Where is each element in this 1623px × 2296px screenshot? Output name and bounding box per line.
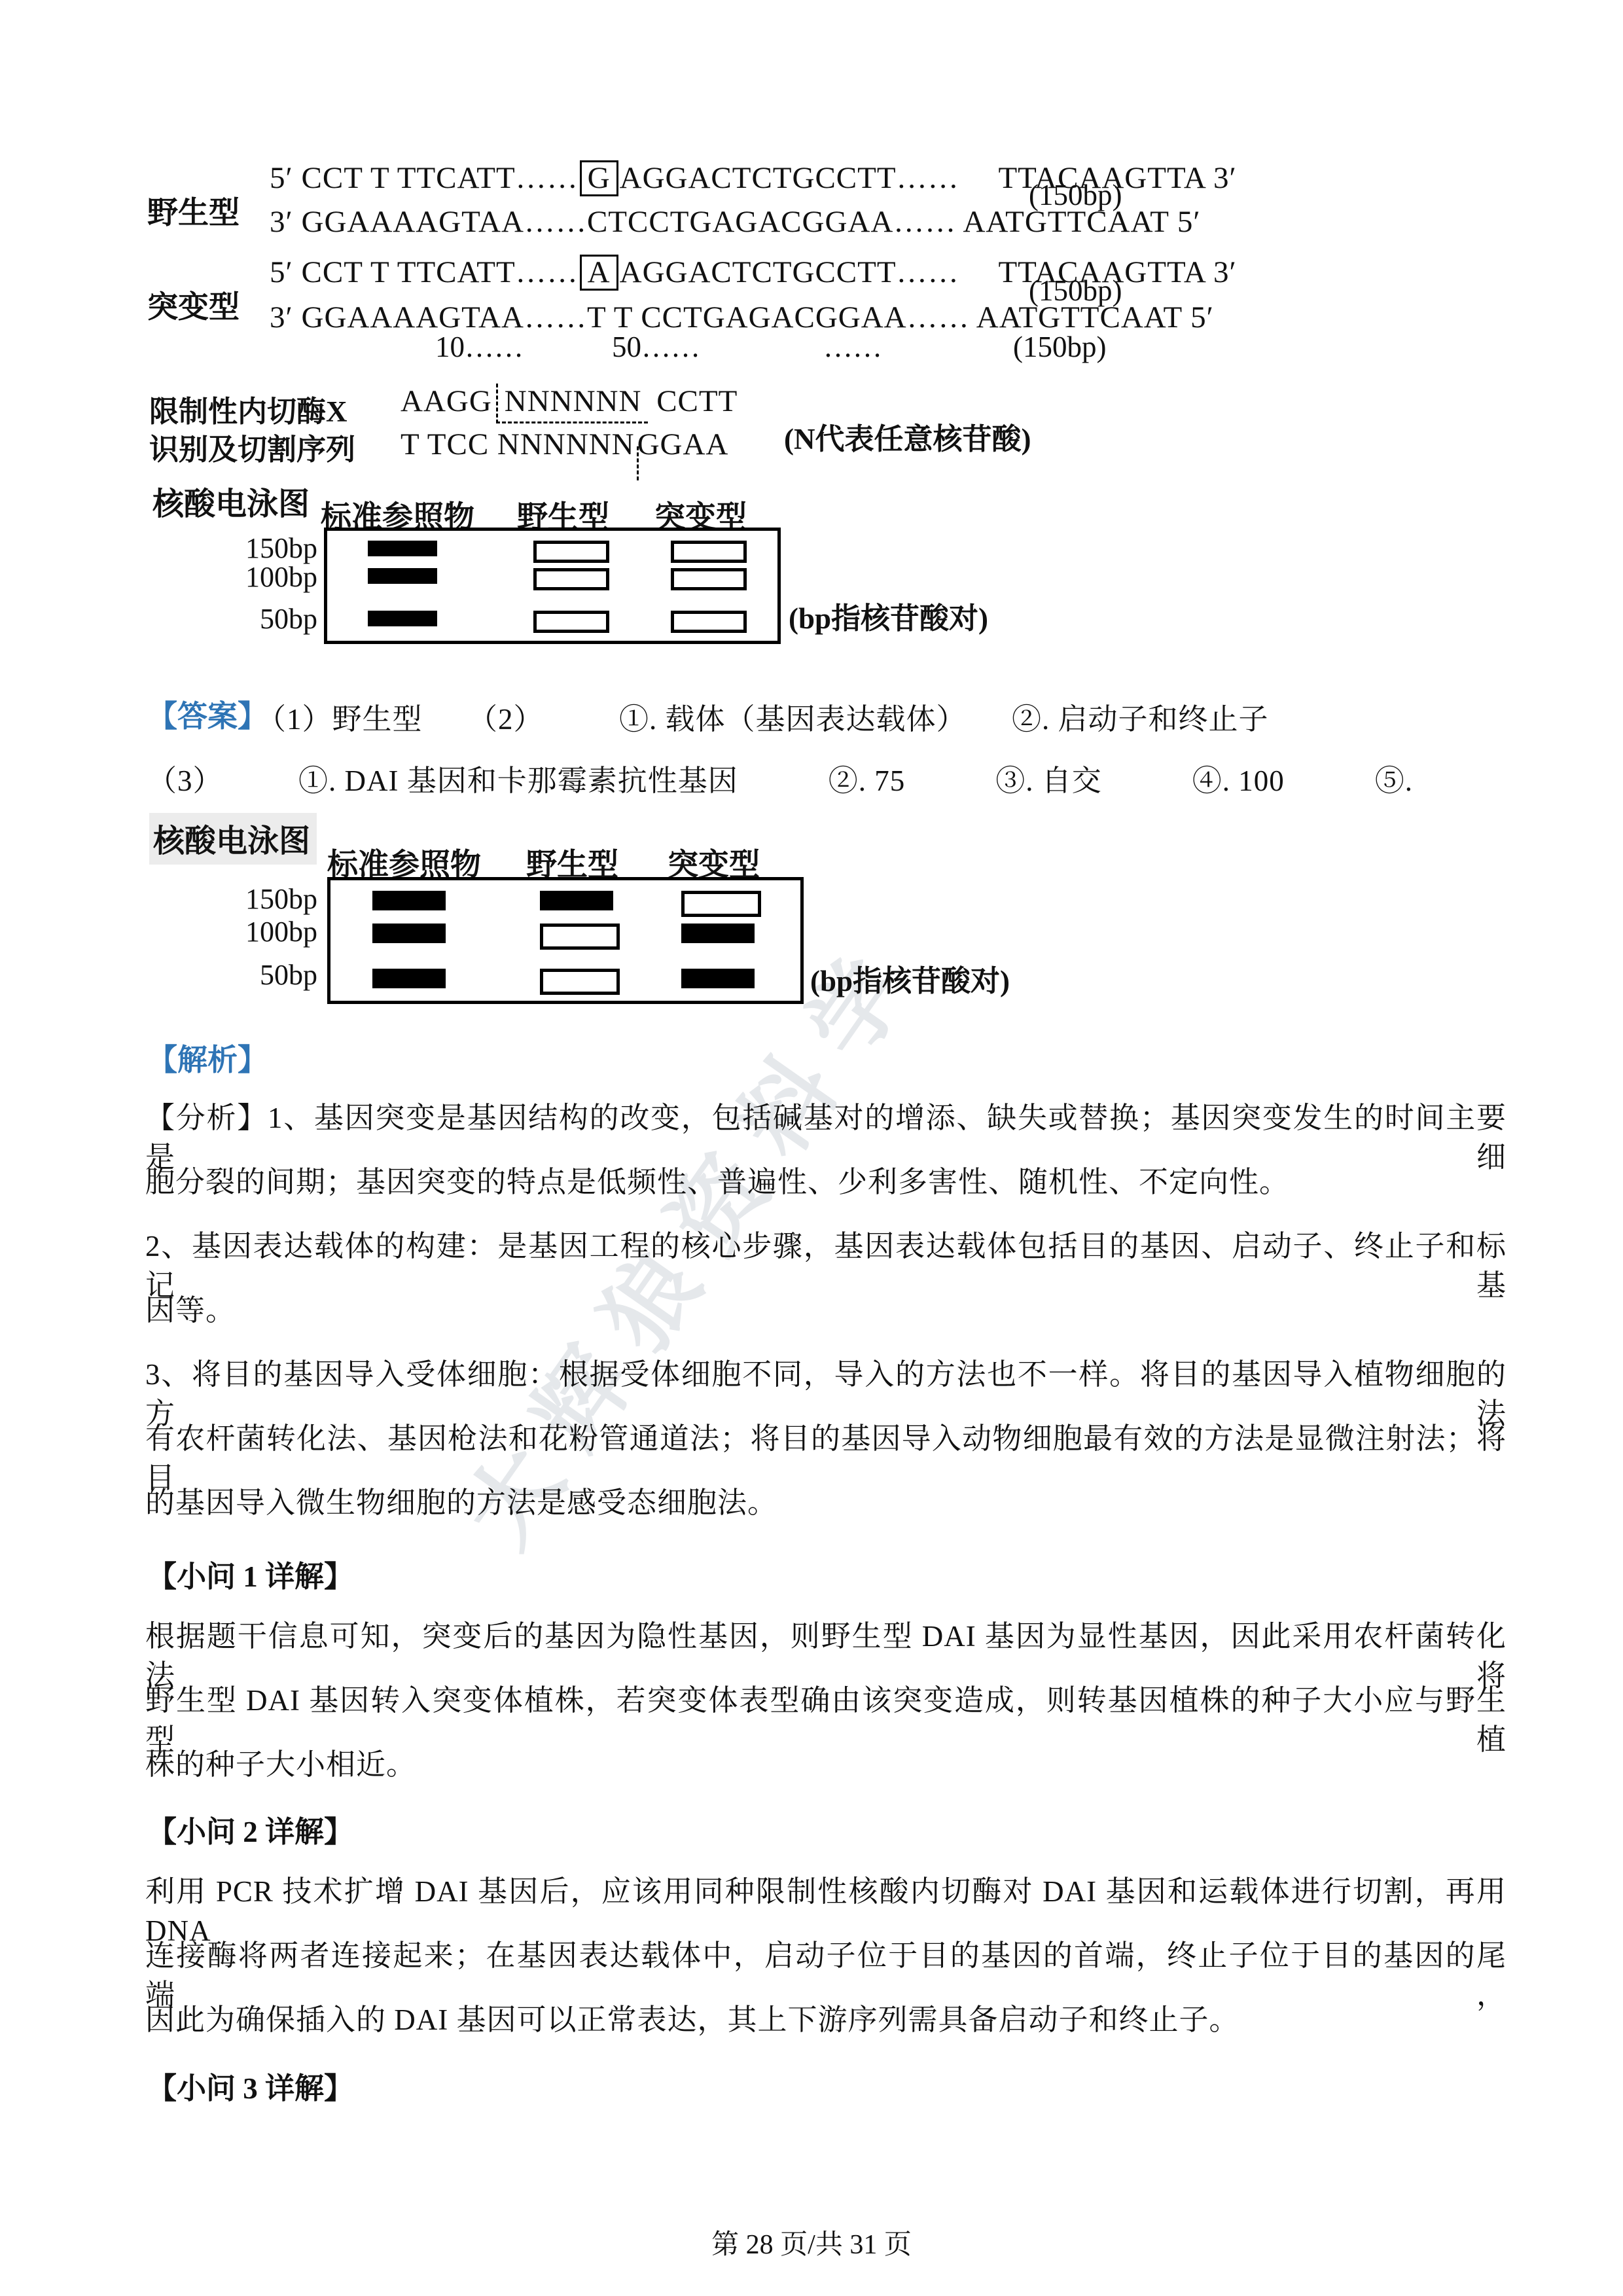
gel1-box-band-150bp-lane2-outline — [533, 541, 609, 563]
enzyme-bottom-pre: T TCC — [401, 427, 497, 461]
gel1-box-band-50bp-lane2-outline — [533, 611, 609, 633]
subq3-tag: 【小问 3 详解】 — [147, 2064, 353, 2107]
enzyme-bottom-n-block: NNNNNN — [497, 427, 637, 462]
enzyme-site-bottom-strand: T TCC NNNNNNGGAA — [401, 427, 728, 462]
enzyme-label-line2: 识别及切割序列 — [149, 425, 355, 468]
answer-line-1: （1）野生型 （2） ①. 载体（基因表达载体） ②. 启动子和终止子 — [257, 695, 1269, 738]
subq1-line-3: 株的种子大小相近。 — [145, 1745, 1507, 1784]
explanation-tag: 【解析】 — [147, 1036, 268, 1079]
gel2-box-band-150bp-lane1-filled — [372, 891, 446, 910]
gel2-box-band-50bp-lane3-filled — [681, 969, 755, 988]
subq2-tag: 【小问 2 详解】 — [147, 1808, 353, 1850]
enzyme-top-n-block: NNNNNN — [496, 384, 649, 423]
gel2-row-50bp: 50bp — [196, 958, 317, 992]
wild-seq-pre: 5′ CCT T TTCATT…… — [270, 161, 579, 195]
mutant-bp-note: (150bp) — [1029, 274, 1122, 308]
gel2-box-band-50bp-lane2-outline — [540, 969, 620, 995]
gel2-box-band-100bp-lane1-filled — [372, 924, 446, 943]
gel2-box-band-150bp-lane2-filled — [540, 891, 613, 910]
gel2-row-150bp: 150bp — [196, 882, 317, 916]
analysis-line-2: 胞分裂的间期；基因突变的特点是低频性、普遍性、少利多害性、随机性、不定向性。 — [145, 1162, 1507, 1202]
subq2-line-3: 因此为确保插入的 DAI 基因可以正常表达，其上下游序列需具备启动子和终止子。 — [145, 2000, 1507, 2039]
enzyme-bottom-post: GGAA — [637, 427, 729, 461]
gel2-box-band-100bp-lane3-filled — [681, 924, 755, 943]
subq1-tag: 【小问 1 详解】 — [147, 1552, 353, 1595]
analysis-line-4: 因等。 — [145, 1291, 1507, 1330]
gel2-row-100bp: 100bp — [196, 915, 317, 948]
wild-boxed-base-G: G — [580, 160, 618, 196]
gel1-row-50bp: 50bp — [196, 602, 317, 636]
gel1-box-band-100bp-lane2-outline — [533, 568, 609, 590]
enzyme-site-top-strand: AAGGNNNNNN CCTT — [401, 384, 738, 423]
gel1-title: 核酸电泳图 — [152, 478, 310, 524]
mutant-seq-post: AGGACTCTGCCTT…… TTACAAGTTA 3′ — [620, 255, 1237, 289]
mutant-seq-pre: 5′ CCT T TTCATT…… — [270, 255, 579, 289]
mutant-type-label: 突变型 — [147, 283, 240, 327]
answer-tag: 【答案】 — [147, 692, 268, 736]
wild-bp-note: (150bp) — [1029, 178, 1122, 212]
gel2-box — [327, 877, 804, 1004]
ruler-bp-note: (150bp) — [1013, 330, 1106, 364]
enzyme-label-line1: 限制性内切酶X — [149, 387, 348, 430]
mutant-boxed-base-A: A — [580, 255, 618, 291]
gel1-box-band-150bp-lane3-outline — [671, 541, 747, 563]
gel1-box-band-50bp-lane1-filled — [368, 611, 437, 626]
gel2-box-band-100bp-lane2-outline — [540, 924, 620, 950]
gel2-caption: (bp指核苷酸对) — [810, 957, 1010, 999]
gel2-box-band-50bp-lane1-filled — [372, 969, 446, 988]
gel1-box-band-150bp-lane1-filled — [368, 541, 437, 556]
page-number-footer: 第 28 页/共 31 页 — [0, 2223, 1623, 2262]
ruler-10: 10…… — [435, 330, 524, 364]
enzyme-note: (N代表任意核苷酸) — [784, 415, 1031, 457]
answer-line-2: （3） ①. DAI 基因和卡那霉素抗性基因 ②. 75 ③. 自交 ④. 10… — [147, 757, 1413, 799]
wild-type-label: 野生型 — [147, 188, 240, 232]
gel1-box — [324, 528, 781, 644]
gel1-box-band-50bp-lane3-outline — [671, 611, 747, 633]
enzyme-top-pre: AAGG — [401, 384, 492, 418]
ruler-50: 50…… — [612, 330, 700, 364]
gel1-box-band-100bp-lane1-filled — [368, 568, 437, 584]
wild-seq-post: AGGACTCTGCCTT…… TTACAAGTTA 3′ — [620, 161, 1237, 195]
gel2-title: 核酸电泳图 — [149, 813, 317, 865]
gel1-caption: (bp指核苷酸对) — [789, 594, 988, 637]
gel2-box-band-150bp-lane3-outline — [681, 891, 761, 917]
enzyme-top-post: CCTT — [648, 384, 738, 418]
analysis-line-7: 的基因导入微生物细胞的方法是感受态细胞法。 — [145, 1483, 1507, 1522]
gel1-box-band-100bp-lane3-outline — [671, 568, 747, 590]
ruler-dots: …… — [823, 330, 882, 364]
gel1-row-100bp: 100bp — [196, 560, 317, 594]
